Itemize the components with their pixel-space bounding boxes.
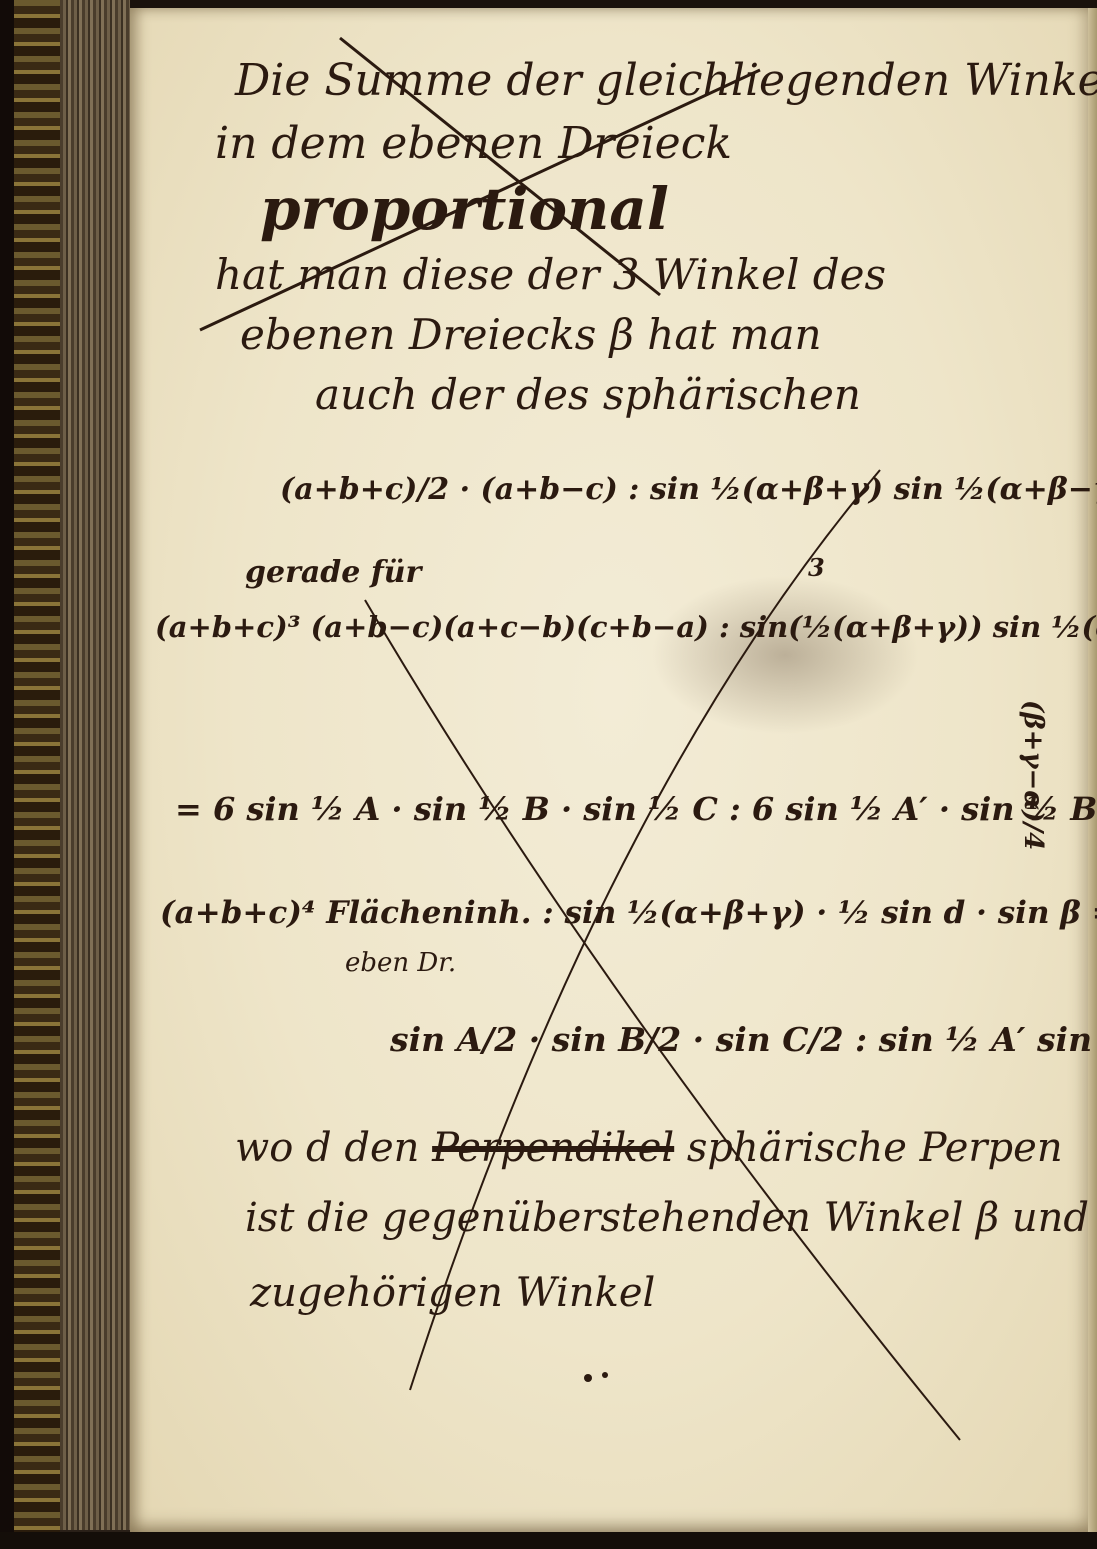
strike-through-lines [0,0,1097,1549]
